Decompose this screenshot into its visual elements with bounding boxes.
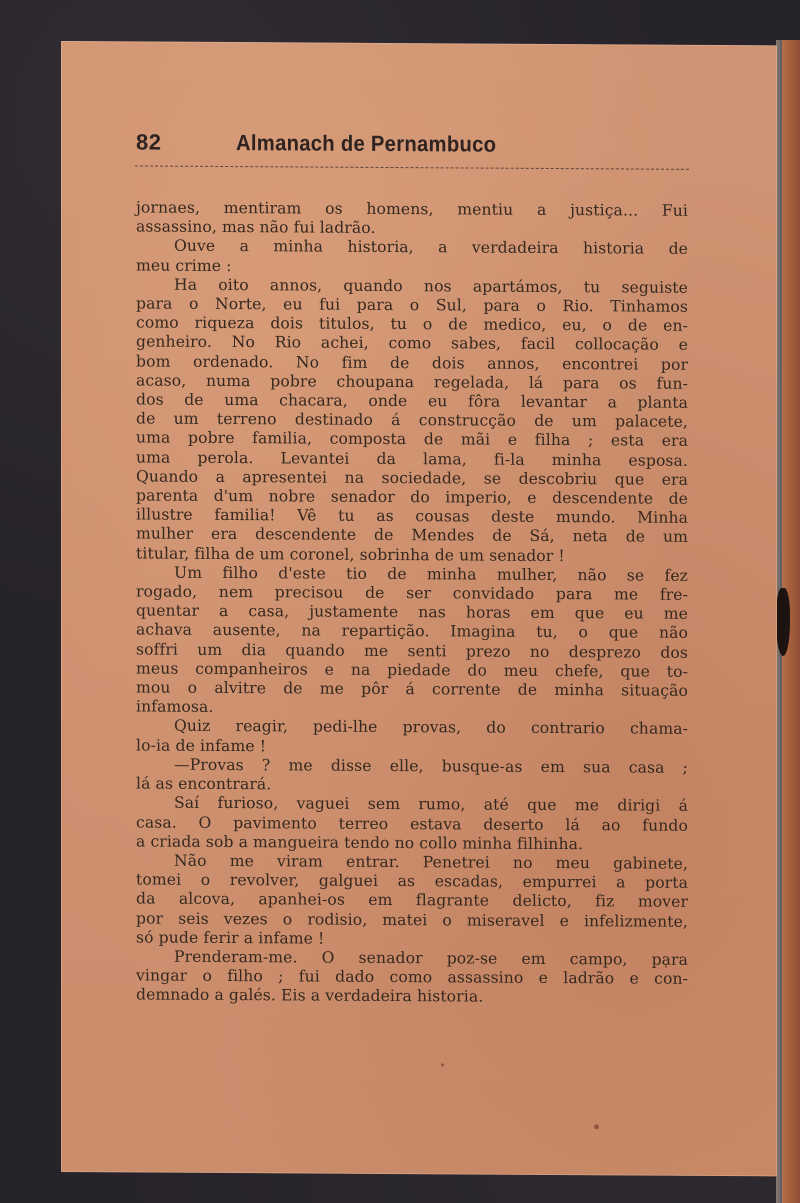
paragraph: Ouve a minha historia, a verdadeira hist…	[136, 237, 688, 279]
paper-speck	[441, 1063, 444, 1066]
page-title: Almanach de Pernambuco	[236, 130, 496, 158]
paper-speck	[594, 1124, 599, 1129]
ink-blot	[776, 588, 790, 656]
paragraph: Quiz reagir, pedi-lhe provas, do contrar…	[136, 717, 688, 759]
header-rule	[135, 165, 689, 170]
paragraph: Um filho d'este tio de minha mulher, não…	[136, 563, 688, 720]
paragraph: Prenderam-me. O senador poz-se em campo,…	[136, 947, 688, 1008]
text-line: demnado a galés. Eis a verdadeira histor…	[136, 986, 688, 1009]
text-line: mou o alvitre de me pôr á corrente de mi…	[136, 679, 688, 702]
body-text: jornaes, mentiram os homens, mentiu a ju…	[136, 198, 688, 1008]
page-number: 82	[136, 129, 236, 156]
book-page: 82 Almanach de Pernambuco jornaes, menti…	[61, 41, 777, 1176]
paragraph: Ha oito annos, quando nos apartámos, tu …	[136, 275, 688, 566]
paper-speck	[665, 965, 667, 968]
paragraph: —Provas ? me disse elle, busque-as em su…	[136, 755, 688, 797]
paragraph: Não me viram entrar. Penetrei no meu gab…	[136, 851, 688, 950]
text-line: Saí furioso, vaguei sem rumo, até que me…	[136, 794, 688, 817]
paragraph: jornaes, mentiram os homens, mentiu a ju…	[136, 198, 688, 240]
paragraph: Saí furioso, vaguei sem rumo, até que me…	[136, 794, 688, 855]
running-head: 82 Almanach de Pernambuco	[136, 129, 686, 158]
